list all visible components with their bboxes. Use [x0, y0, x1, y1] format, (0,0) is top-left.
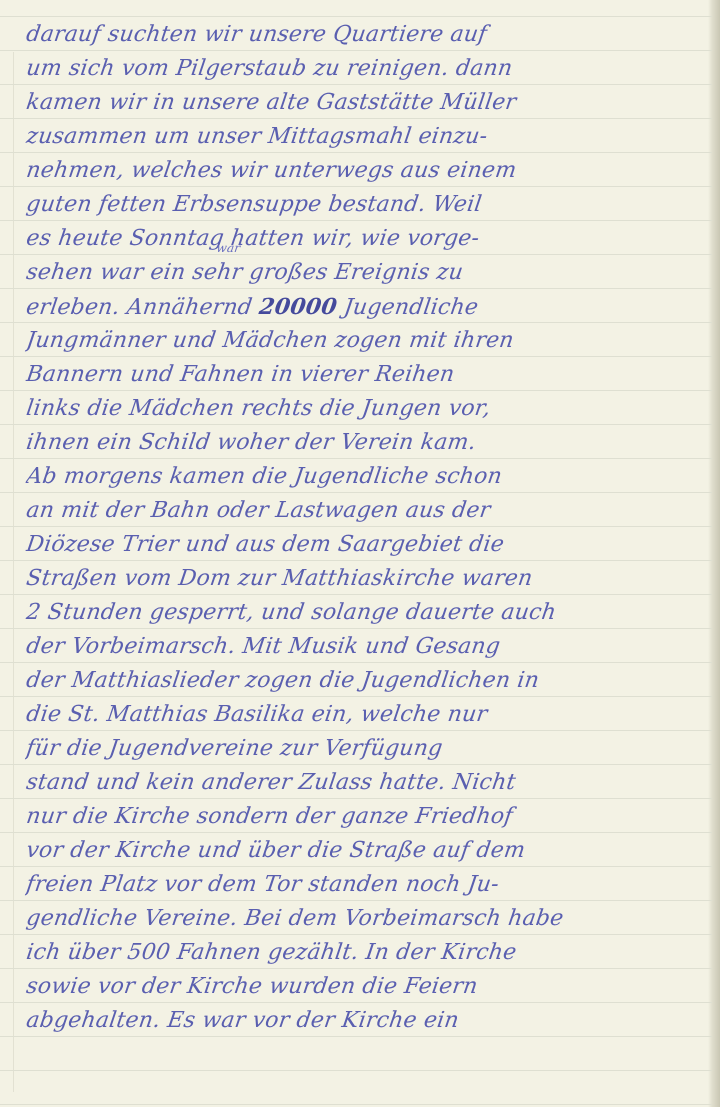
text-line-9-end: Jugendliche — [342, 295, 480, 320]
text-line-27: gendliche Vereine. Bei dem Vorbeimarsch … — [24, 902, 719, 936]
margin-line — [13, 52, 14, 1092]
text-line-7-end: hatten wir, wie vorge- — [229, 226, 481, 251]
text-line-6: guten fetten Erbsensuppe bestand. Weil — [24, 188, 719, 222]
text-line-18: 2 Stunden gesperrt, und solange dauerte … — [24, 596, 719, 630]
text-line-20: der Matthiaslieder zogen die Jugendliche… — [24, 664, 719, 698]
text-line-30: abgehalten. Es war vor der Kirche ein — [24, 1004, 719, 1038]
ruled-line — [0, 16, 712, 17]
text-line-16: Diözese Trier und aus dem Saargebiet die — [24, 528, 719, 562]
text-line-21: die St. Matthias Basilika ein, welche nu… — [24, 698, 719, 732]
text-line-11: Bannern und Fahnen in vierer Reihen — [24, 358, 719, 392]
text-line-23: stand und kein anderer Zulass hatte. Nic… — [24, 766, 719, 800]
text-line-9-start: erleben. Annähernd — [25, 295, 254, 320]
number-20000: 20000 — [258, 294, 339, 320]
text-line-7: es heute Sonntagwar hatten wir, wie vorg… — [24, 222, 719, 256]
text-line-29: sowie vor der Kirche wurden die Feiern — [24, 970, 719, 1004]
text-line-14: Ab morgens kamen die Jugendliche schon — [24, 460, 719, 494]
notebook-page: darauf suchten wir unsere Quartiere auf … — [0, 0, 720, 1107]
text-line-9: erleben. Annähernd 20000 Jugendliche — [24, 290, 719, 324]
ruled-line — [0, 1104, 712, 1105]
text-line-28: ich über 500 Fahnen gezählt. In der Kirc… — [24, 936, 719, 970]
text-line-3: kamen wir in unsere alte Gaststätte Müll… — [24, 86, 719, 120]
text-line-26: freien Platz vor dem Tor standen noch Ju… — [24, 868, 719, 902]
text-line-7-start: es heute Sonntag — [25, 226, 226, 251]
text-line-25: vor der Kirche und über die Straße auf d… — [24, 834, 719, 868]
handwritten-text: darauf suchten wir unsere Quartiere auf … — [24, 18, 714, 1038]
text-line-17: Straßen vom Dom zur Matthiaskirche waren — [24, 562, 719, 596]
text-line-8: sehen war ein sehr großes Ereignis zu — [24, 256, 719, 290]
text-line-4: zusammen um unser Mittagsmahl einzu- — [24, 120, 719, 154]
ruled-line — [0, 1070, 712, 1071]
text-line-1: darauf suchten wir unsere Quartiere auf — [24, 18, 719, 52]
text-line-2: um sich vom Pilgerstaub zu reinigen. dan… — [24, 52, 719, 86]
text-line-22: für die Jugendvereine zur Verfügung — [24, 732, 719, 766]
text-line-19: der Vorbeimarsch. Mit Musik und Gesang — [24, 630, 719, 664]
text-line-5: nehmen, welches wir unterwegs aus einem — [24, 154, 719, 188]
text-line-15: an mit der Bahn oder Lastwagen aus der — [24, 494, 719, 528]
text-line-12: links die Mädchen rechts die Jungen vor, — [24, 392, 719, 426]
text-line-13: ihnen ein Schild woher der Verein kam. — [24, 426, 719, 460]
inserted-word-text: war — [214, 231, 243, 256]
text-line-24: nur die Kirche sondern der ganze Friedho… — [24, 800, 719, 834]
text-line-10: Jungmänner und Mädchen zogen mit ihren — [24, 324, 719, 358]
